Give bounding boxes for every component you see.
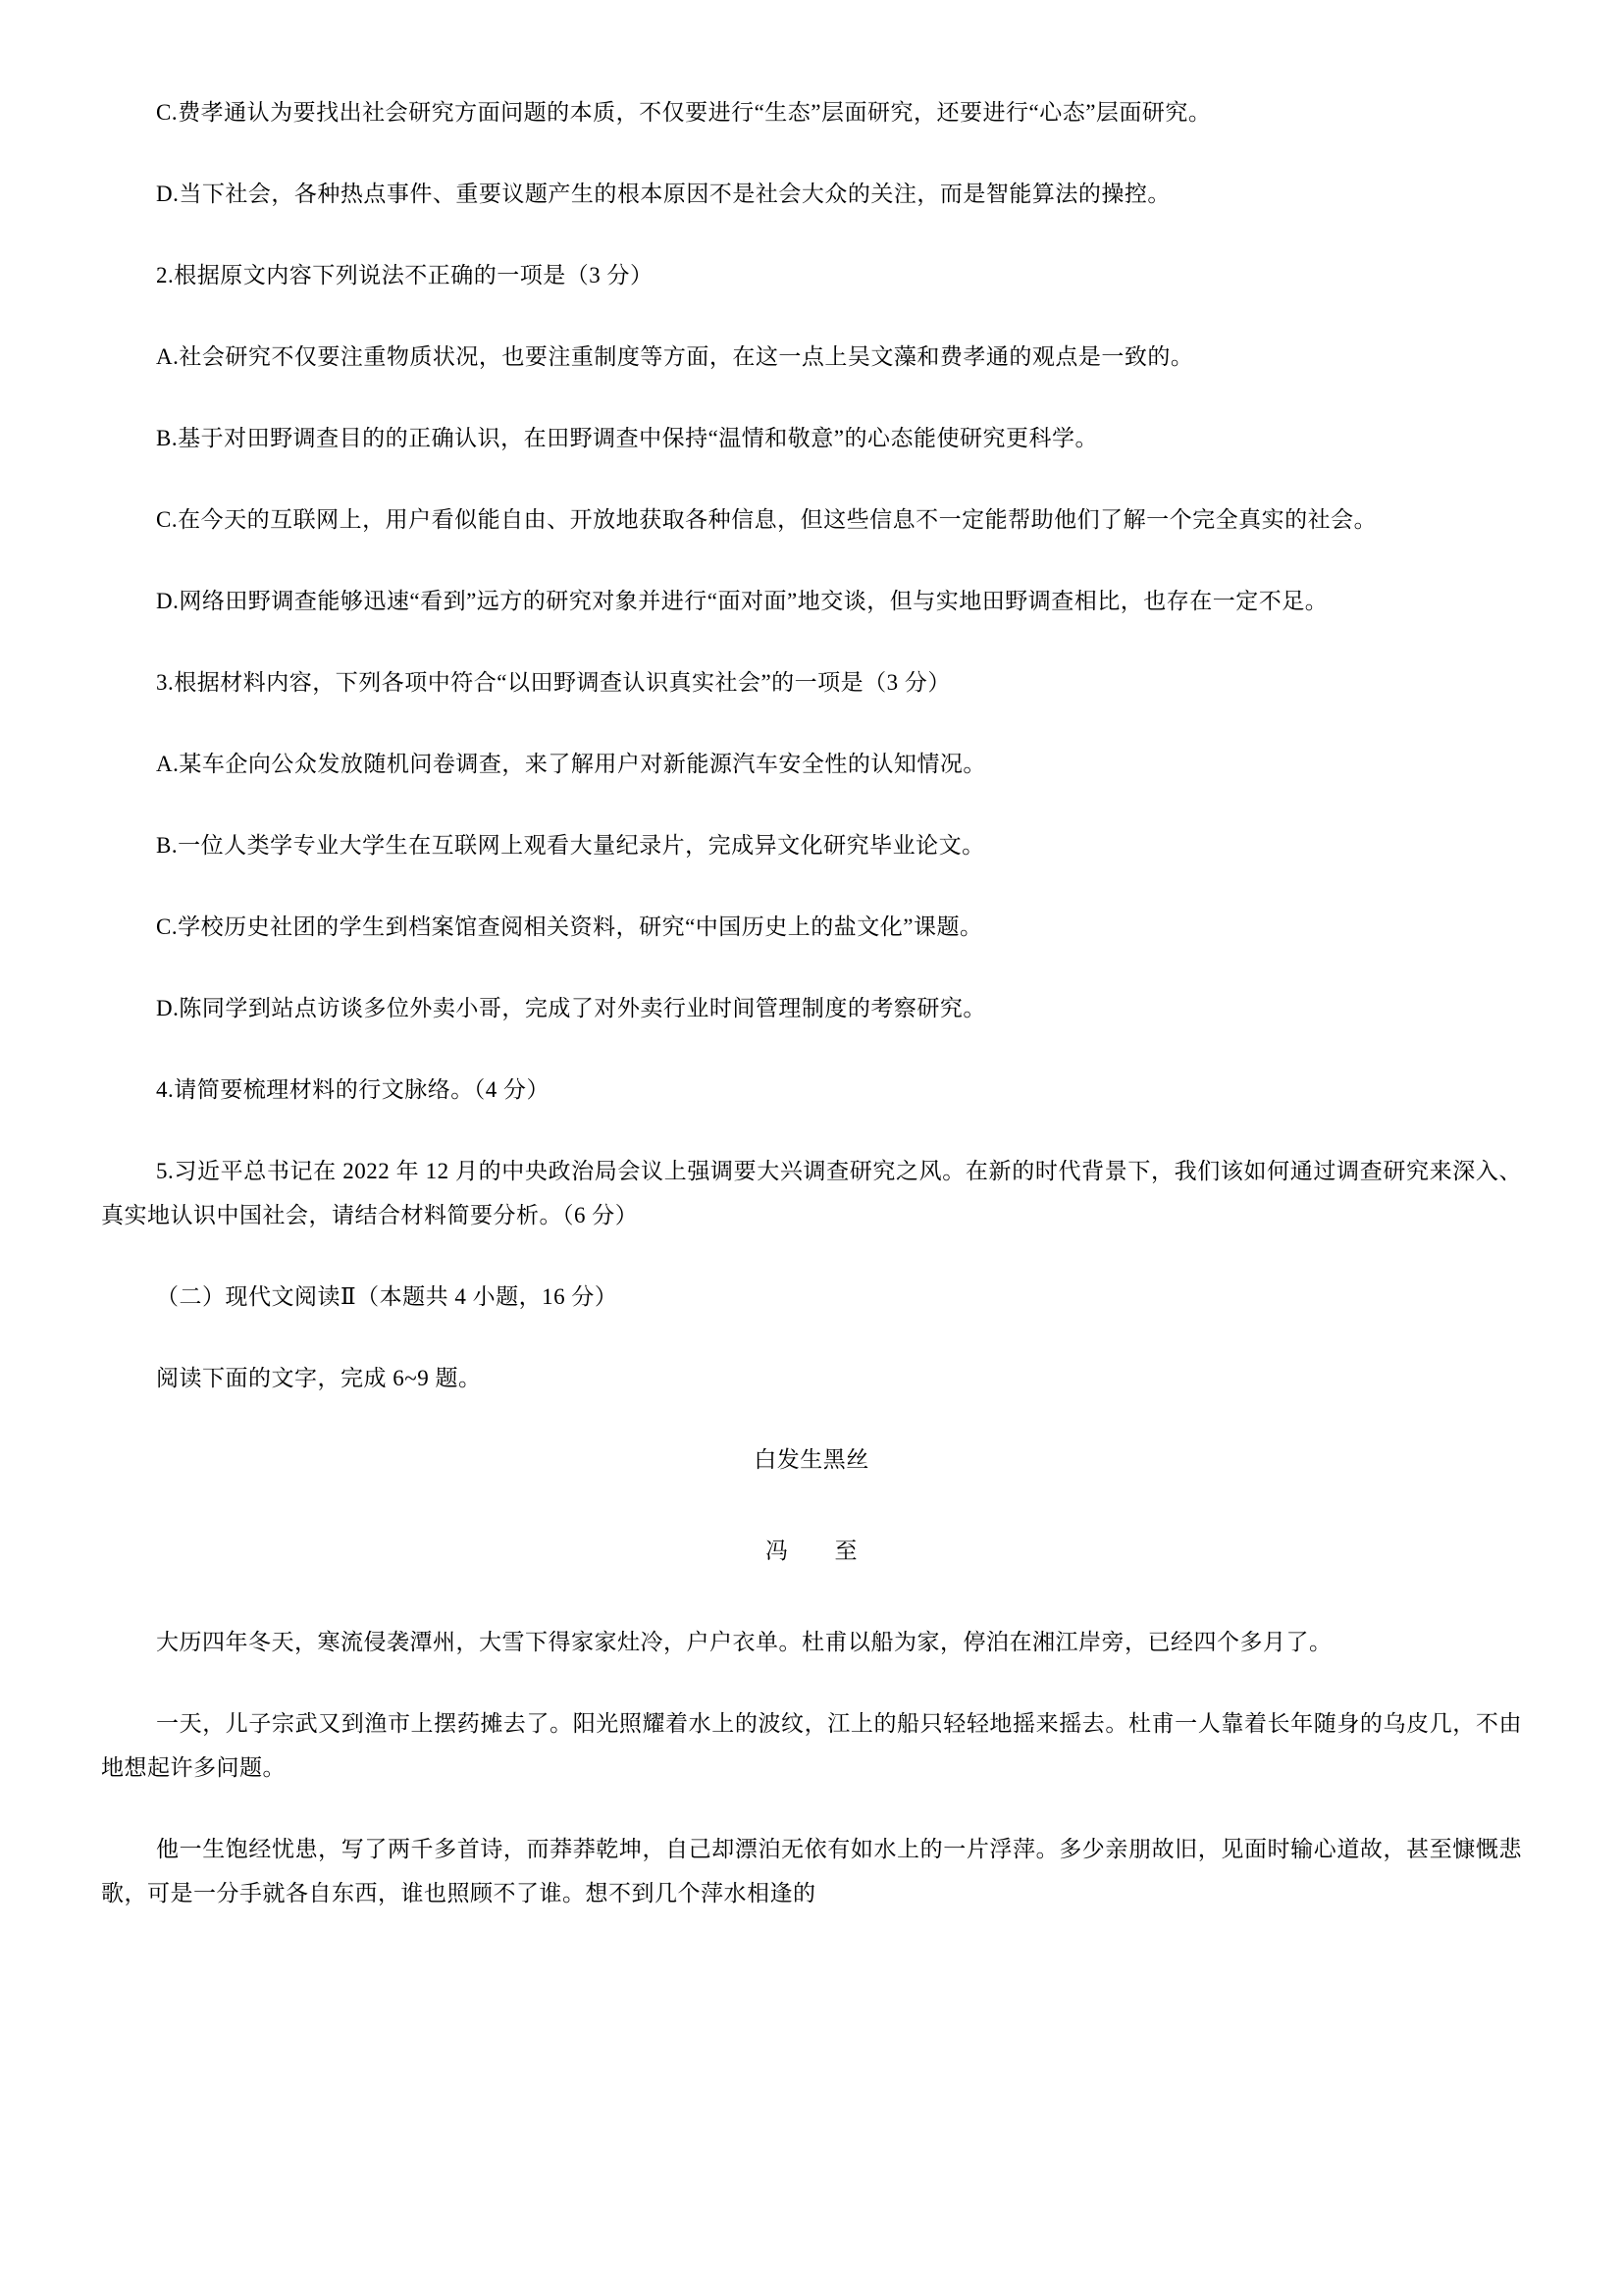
question-5: 5.习近平总书记在 2022 年 12 月的中央政治局会议上强调要大兴调查研究之… <box>101 1149 1522 1237</box>
option-3A: A.某车企向公众发放随机问卷调查，来了解用户对新能源汽车安全性的认知情况。 <box>101 742 1522 786</box>
essay-para-2: 一天，儿子宗武又到渔市上摆药摊去了。阳光照耀着水上的波纹，江上的船只轻轻地摇来摇… <box>101 1701 1522 1790</box>
exam-paper-page: C.费孝通认为要找出社会研究方面问题的本质，不仅要进行“生态”层面研究，还要进行… <box>0 0 1623 2296</box>
option-2A: A.社会研究不仅要注重物质状况，也要注重制度等方面，在这一点上吴文藻和费孝通的观… <box>101 335 1522 379</box>
question-3: 3.根据材料内容，下列各项中符合“以田野调查认识真实社会”的一项是（3 分） <box>101 660 1522 704</box>
section-heading: （二）现代文阅读Ⅱ（本题共 4 小题，16 分） <box>101 1275 1522 1319</box>
option-2D: D.网络田野调查能够迅速“看到”远方的研究对象并进行“面对面”地交谈，但与实地田… <box>101 579 1522 623</box>
essay-para-3: 他一生饱经忧患，写了两千多首诗，而莽莽乾坤，自己却漂泊无依有如水上的一片浮萍。多… <box>101 1827 1522 1915</box>
option-2C: C.在今天的互联网上，用户看似能自由、开放地获取各种信息，但这些信息不一定能帮助… <box>101 497 1522 542</box>
reading-instruction: 阅读下面的文字，完成 6~9 题。 <box>101 1356 1522 1400</box>
option-1C: C.费孝通认为要找出社会研究方面问题的本质，不仅要进行“生态”层面研究，还要进行… <box>101 90 1522 134</box>
option-3B: B.一位人类学专业大学生在互联网上观看大量纪录片，完成异文化研究毕业论文。 <box>101 823 1522 867</box>
essay-author: 冯 至 <box>101 1529 1522 1573</box>
question-2: 2.根据原文内容下列说法不正确的一项是（3 分） <box>101 253 1522 297</box>
essay-title: 白发生黑丝 <box>101 1437 1522 1482</box>
option-3C: C.学校历史社团的学生到档案馆查阅相关资料，研究“中国历史上的盐文化”课题。 <box>101 905 1522 949</box>
question-4: 4.请简要梳理材料的行文脉络。（4 分） <box>101 1068 1522 1112</box>
option-1D: D.当下社会，各种热点事件、重要议题产生的根本原因不是社会大众的关注，而是智能算… <box>101 172 1522 216</box>
option-2B: B.基于对田野调查目的的正确认识，在田野调查中保持“温情和敬意”的心态能使研究更… <box>101 416 1522 460</box>
option-3D: D.陈同学到站点访谈多位外卖小哥，完成了对外卖行业时间管理制度的考察研究。 <box>101 986 1522 1030</box>
essay-para-1: 大历四年冬天，寒流侵袭潭州，大雪下得家家灶冷，户户衣单。杜甫以船为家，停泊在湘江… <box>101 1620 1522 1664</box>
